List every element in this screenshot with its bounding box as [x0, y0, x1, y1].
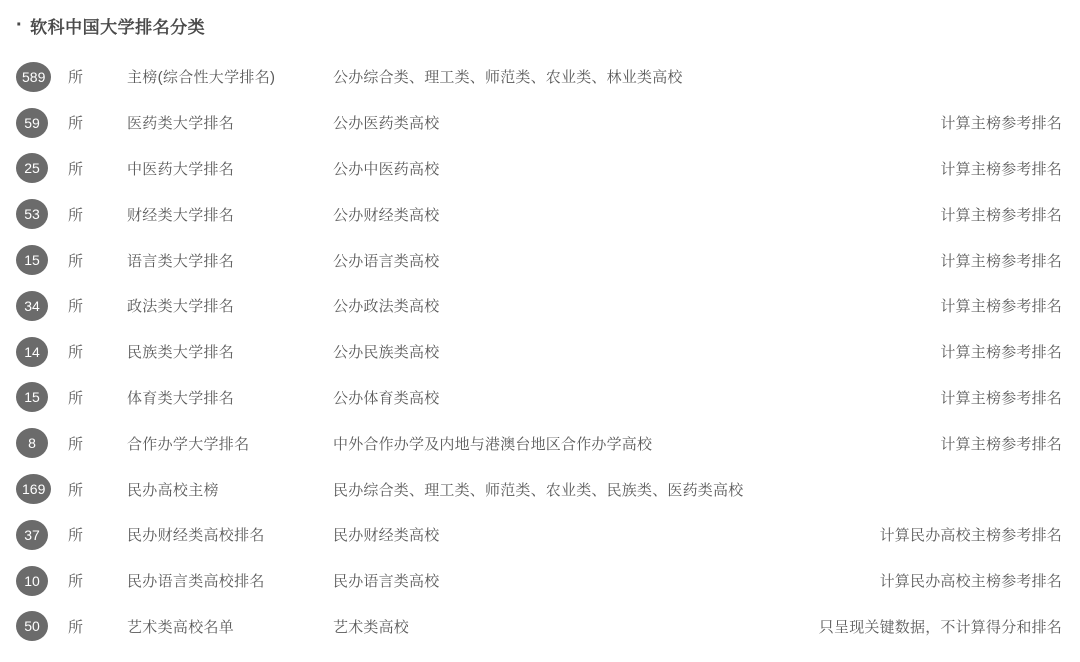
- count-badge: 50: [16, 611, 48, 641]
- ranking-row: 59 所 医药类大学排名 公办医药类高校 计算主榜参考排名: [16, 100, 1062, 146]
- ranking-description: 艺术类高校: [333, 616, 819, 637]
- ranking-row: 589 所 主榜(综合性大学排名) 公办综合类、理工类、师范类、农业类、林业类高…: [16, 54, 1062, 100]
- ranking-description: 公办体育类高校: [333, 387, 940, 408]
- unit-label: 所: [60, 66, 127, 87]
- count-badge: 25: [16, 153, 48, 183]
- unit-label: 所: [60, 341, 127, 362]
- count-badge: 14: [16, 337, 48, 367]
- ranking-note: 计算主榜参考排名: [940, 341, 1062, 362]
- ranking-row: 10 所 民办语言类高校排名 民办语言类高校 计算民办高校主榜参考排名: [16, 558, 1062, 604]
- ranking-row: 37 所 民办财经类高校排名 民办财经类高校 计算民办高校主榜参考排名: [16, 512, 1062, 558]
- ranking-name: 合作办学大学排名: [127, 433, 333, 454]
- ranking-description: 公办政法类高校: [333, 295, 940, 316]
- ranking-note: 计算主榜参考排名: [940, 387, 1062, 408]
- ranking-description: 公办语言类高校: [333, 250, 940, 271]
- count-badge: 15: [16, 245, 48, 275]
- ranking-name: 财经类大学排名: [127, 204, 333, 225]
- count-badge: 59: [16, 108, 48, 138]
- ranking-note: 计算主榜参考排名: [940, 204, 1062, 225]
- unit-label: 所: [60, 295, 127, 316]
- ranking-name: 民办语言类高校排名: [127, 570, 333, 591]
- ranking-name: 民办高校主榜: [127, 479, 333, 500]
- ranking-row: 14 所 民族类大学排名 公办民族类高校 计算主榜参考排名: [16, 329, 1062, 375]
- ranking-row: 15 所 体育类大学排名 公办体育类高校 计算主榜参考排名: [16, 375, 1062, 421]
- ranking-description: 民办综合类、理工类、师范类、农业类、民族类、医药类高校: [333, 479, 1062, 500]
- unit-label: 所: [60, 112, 127, 133]
- unit-label: 所: [60, 387, 127, 408]
- ranking-description: 民办语言类高校: [333, 570, 880, 591]
- unit-label: 所: [60, 616, 127, 637]
- count-badge: 589: [16, 62, 51, 92]
- ranking-name: 体育类大学排名: [127, 387, 333, 408]
- ranking-note: 只呈现关键数据，不计算得分和排名: [819, 616, 1062, 637]
- ranking-description: 公办综合类、理工类、师范类、农业类、林业类高校: [333, 66, 1062, 87]
- ranking-note: 计算民办高校主榜参考排名: [880, 570, 1062, 591]
- ranking-row: 169 所 民办高校主榜 民办综合类、理工类、师范类、农业类、民族类、医药类高校: [16, 466, 1062, 512]
- ranking-name: 主榜(综合性大学排名): [127, 66, 333, 87]
- unit-label: 所: [60, 204, 127, 225]
- unit-label: 所: [60, 250, 127, 271]
- unit-label: 所: [60, 433, 127, 454]
- count-badge: 37: [16, 520, 48, 550]
- ranking-note: 计算主榜参考排名: [940, 433, 1062, 454]
- count-badge: 10: [16, 566, 48, 596]
- ranking-note: 计算主榜参考排名: [940, 112, 1062, 133]
- count-badge: 8: [16, 428, 48, 458]
- ranking-row: 53 所 财经类大学排名 公办财经类高校 计算主榜参考排名: [16, 191, 1062, 237]
- ranking-name: 政法类大学排名: [127, 295, 333, 316]
- ranking-name: 民办财经类高校排名: [127, 524, 333, 545]
- ranking-name: 中医药大学排名: [127, 158, 333, 179]
- ranking-row: 34 所 政法类大学排名 公办政法类高校 计算主榜参考排名: [16, 283, 1062, 329]
- ranking-name: 艺术类高校名单: [127, 616, 333, 637]
- ranking-name: 民族类大学排名: [127, 341, 333, 362]
- unit-label: 所: [60, 479, 127, 500]
- unit-label: 所: [60, 158, 127, 179]
- ranking-description: 公办民族类高校: [333, 341, 940, 362]
- page-title-text: 软科中国大学排名分类: [30, 13, 205, 38]
- count-badge: 15: [16, 382, 48, 412]
- ranking-row: 15 所 语言类大学排名 公办语言类高校 计算主榜参考排名: [16, 237, 1062, 283]
- ranking-name: 语言类大学排名: [127, 250, 333, 271]
- ranking-row: 50 所 艺术类高校名单 艺术类高校 只呈现关键数据，不计算得分和排名: [16, 604, 1062, 650]
- ranking-description: 公办医药类高校: [333, 112, 940, 133]
- unit-label: 所: [60, 570, 127, 591]
- page-title: · 软科中国大学排名分类: [16, 13, 1062, 37]
- ranking-rows-list: 589 所 主榜(综合性大学排名) 公办综合类、理工类、师范类、农业类、林业类高…: [16, 54, 1062, 649]
- ranking-classification-panel: · 软科中国大学排名分类 589 所 主榜(综合性大学排名) 公办综合类、理工类…: [0, 0, 1080, 662]
- ranking-row: 8 所 合作办学大学排名 中外合作办学及内地与港澳台地区合作办学高校 计算主榜参…: [16, 420, 1062, 466]
- ranking-description: 公办中医药高校: [333, 158, 940, 179]
- ranking-description: 公办财经类高校: [333, 204, 940, 225]
- ranking-name: 医药类大学排名: [127, 112, 333, 133]
- ranking-note: 计算主榜参考排名: [940, 158, 1062, 179]
- ranking-description: 中外合作办学及内地与港澳台地区合作办学高校: [333, 433, 940, 454]
- ranking-description: 民办财经类高校: [333, 524, 880, 545]
- count-badge: 34: [16, 291, 48, 321]
- ranking-note: 计算民办高校主榜参考排名: [880, 524, 1062, 545]
- ranking-note: 计算主榜参考排名: [940, 295, 1062, 316]
- unit-label: 所: [60, 524, 127, 545]
- bullet-marker: ·: [16, 13, 23, 37]
- count-badge: 53: [16, 199, 48, 229]
- ranking-row: 25 所 中医药大学排名 公办中医药高校 计算主榜参考排名: [16, 146, 1062, 192]
- ranking-note: 计算主榜参考排名: [940, 250, 1062, 271]
- count-badge: 169: [16, 474, 51, 504]
